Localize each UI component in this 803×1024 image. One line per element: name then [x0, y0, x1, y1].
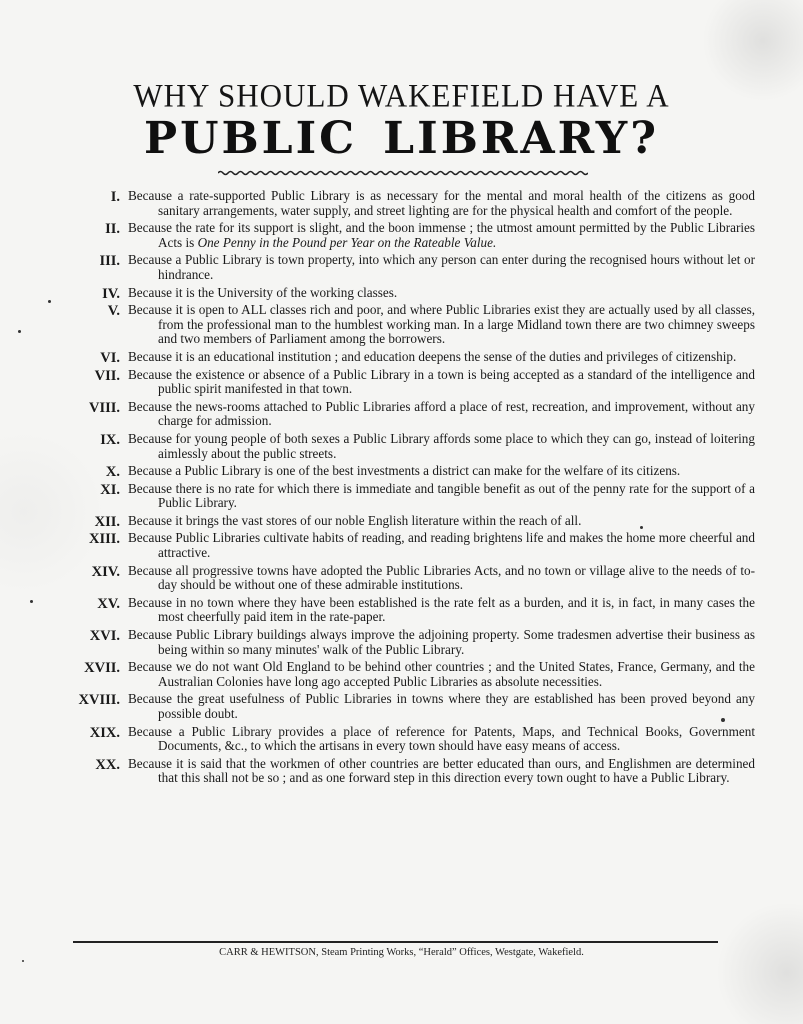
reason-15: XV. Because in no town where they have b… — [0, 596, 803, 625]
reason-text: Because a Public Library provides a plac… — [128, 725, 755, 754]
reasons-list: I. Because a rate-supported Public Libra… — [0, 189, 803, 789]
reason-text: Because Public Library buildings always … — [128, 628, 755, 657]
reason-3: III. Because a Public Library is town pr… — [0, 253, 803, 282]
reason-numeral: III. — [0, 253, 120, 270]
reason-text: Because in no town where they have been … — [128, 596, 755, 625]
reason-numeral: XV. — [0, 596, 120, 613]
reason-text-italic: One Penny in the Pound per Year on the R… — [198, 235, 497, 250]
footer-rule — [73, 941, 718, 943]
title-word-library: LIBRARY? — [383, 113, 659, 164]
reason-text: Because it is said that the workmen of o… — [128, 757, 755, 786]
title-word-public: PUBLIC — [144, 113, 357, 164]
reason-text: Because a Public Library is one of the b… — [128, 464, 755, 479]
reason-numeral: XIX. — [0, 725, 120, 742]
printer-imprint: CARR & HEWITSON, Steam Printing Works, “… — [0, 947, 803, 958]
reason-text: Because for young people of both sexes a… — [128, 432, 755, 461]
ink-speck — [640, 526, 643, 529]
reason-numeral: XIV. — [0, 564, 120, 581]
reason-text: Because a rate-supported Public Library … — [128, 189, 755, 218]
reason-numeral: V. — [0, 303, 120, 320]
title-line-2: PUBLICLIBRARY? — [0, 113, 803, 164]
reason-text: Because there is no rate for which there… — [128, 482, 755, 511]
reason-6: VI. Because it is an educational institu… — [0, 350, 803, 365]
reason-numeral: VIII. — [0, 400, 120, 417]
reason-19: XIX. Because a Public Library provides a… — [0, 725, 803, 754]
reason-numeral: XIII. — [0, 531, 120, 548]
reason-numeral: IV. — [0, 286, 120, 303]
reason-text: Because a Public Library is town propert… — [128, 253, 755, 282]
reason-text: Because it is an educational institution… — [128, 350, 755, 365]
reason-numeral: VII. — [0, 368, 120, 385]
reason-text: Because we do not want Old England to be… — [128, 660, 755, 689]
reason-text: Because Public Libraries cultivate habit… — [128, 531, 755, 560]
ink-speck — [48, 300, 51, 303]
reason-1: I. Because a rate-supported Public Libra… — [0, 189, 803, 218]
reason-numeral: VI. — [0, 350, 120, 367]
reason-numeral: XVIII. — [0, 692, 120, 709]
reason-18: XVIII. Because the great usefulness of P… — [0, 692, 803, 721]
reason-numeral: X. — [0, 464, 120, 481]
reason-2: II. Because the rate for its support is … — [0, 221, 803, 250]
reason-text: Because it is open to ALL classes rich a… — [128, 303, 755, 347]
reason-13: XIII. Because Public Libraries cultivate… — [0, 531, 803, 560]
reason-numeral: XII. — [0, 514, 120, 531]
reason-20: XX. Because it is said that the workmen … — [0, 757, 803, 786]
reason-numeral: II. — [0, 221, 120, 238]
reason-text: Because it brings the vast stores of our… — [128, 514, 755, 529]
wavy-rule-divider — [218, 170, 588, 176]
reason-numeral: XVII. — [0, 660, 120, 677]
reason-9: IX. Because for young people of both sex… — [0, 432, 803, 461]
reason-17: XVII. Because we do not want Old England… — [0, 660, 803, 689]
reason-text: Because it is the University of the work… — [128, 286, 755, 301]
reason-16: XVI. Because Public Library buildings al… — [0, 628, 803, 657]
reason-12: XII. Because it brings the vast stores o… — [0, 514, 803, 529]
reason-11: XI. Because there is no rate for which t… — [0, 482, 803, 511]
ink-speck — [18, 330, 21, 333]
reason-8: VIII. Because the news-rooms attached to… — [0, 400, 803, 429]
ink-speck — [22, 960, 24, 962]
ink-speck — [30, 600, 33, 603]
reason-numeral: IX. — [0, 432, 120, 449]
reason-10: X. Because a Public Library is one of th… — [0, 464, 803, 479]
poster-page: WHY SHOULD WAKEFIELD HAVE A PUBLICLIBRAR… — [0, 0, 803, 1024]
ink-speck — [721, 718, 725, 722]
reason-14: XIV. Because all progressive towns have … — [0, 564, 803, 593]
reason-text: Because the existence or absence of a Pu… — [128, 368, 755, 397]
reason-numeral: XVI. — [0, 628, 120, 645]
reason-4: IV. Because it is the University of the … — [0, 286, 803, 301]
reason-text: Because the rate for its support is slig… — [128, 221, 755, 250]
reason-text: Because the news-rooms attached to Publi… — [128, 400, 755, 429]
title-line-1: WHY SHOULD WAKEFIELD HAVE A — [0, 77, 803, 115]
reason-numeral: XX. — [0, 757, 120, 774]
reason-numeral: XI. — [0, 482, 120, 499]
reason-text: Because all progressive towns have adopt… — [128, 564, 755, 593]
reason-5: V. Because it is open to ALL classes ric… — [0, 303, 803, 347]
reason-7: VII. Because the existence or absence of… — [0, 368, 803, 397]
reason-numeral: I. — [0, 189, 120, 206]
reason-text: Because the great usefulness of Public L… — [128, 692, 755, 721]
